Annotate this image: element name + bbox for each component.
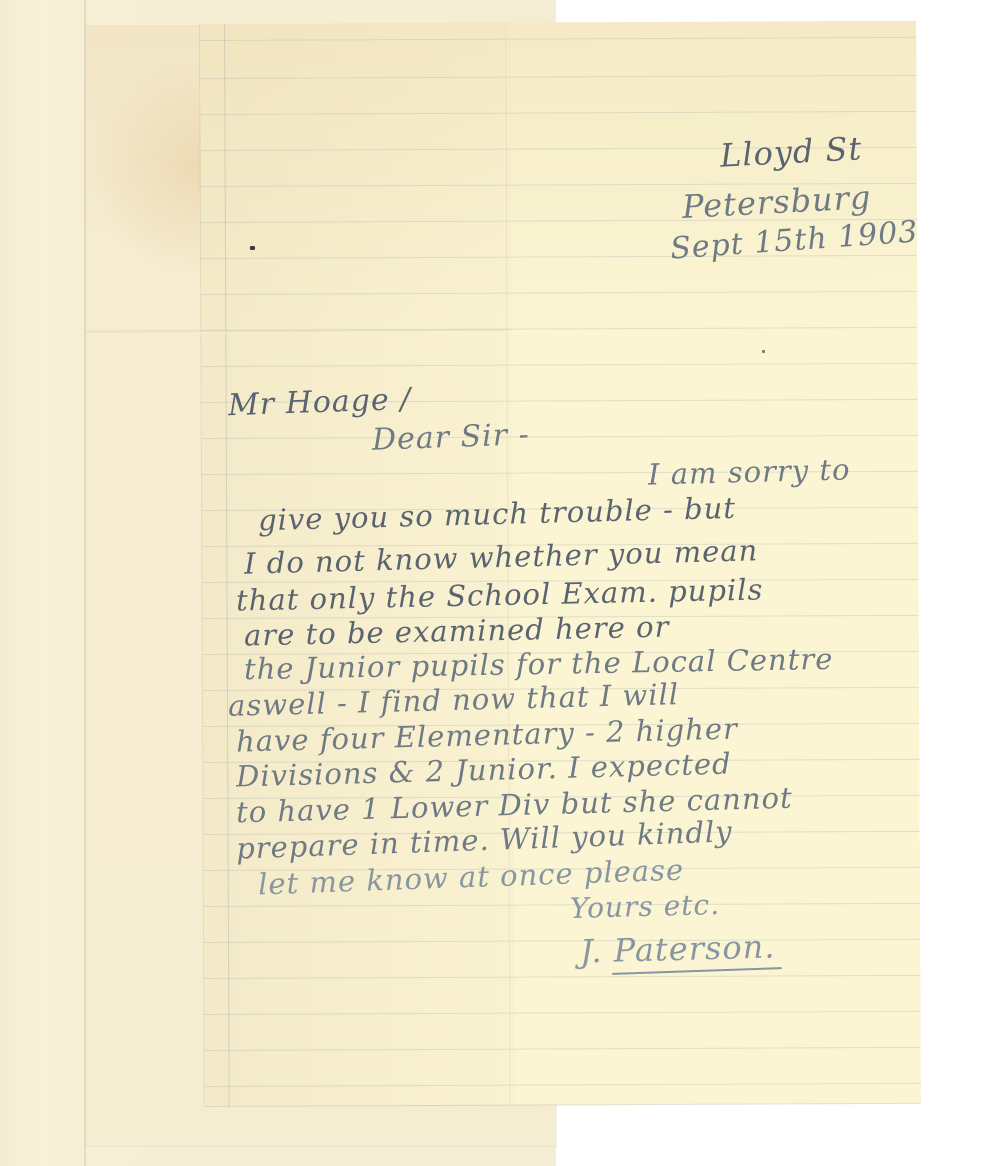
signature: J. Paterson. xyxy=(580,927,776,970)
closing: Yours etc. xyxy=(570,888,721,925)
ink-speck xyxy=(762,350,765,353)
address-street: Lloyd St xyxy=(719,129,863,174)
ink-speck xyxy=(250,246,255,250)
body-line: I am sorry to xyxy=(648,452,851,491)
recipient-name: Mr Hoage / xyxy=(227,382,411,423)
greeting: Dear Sir - xyxy=(371,417,530,457)
